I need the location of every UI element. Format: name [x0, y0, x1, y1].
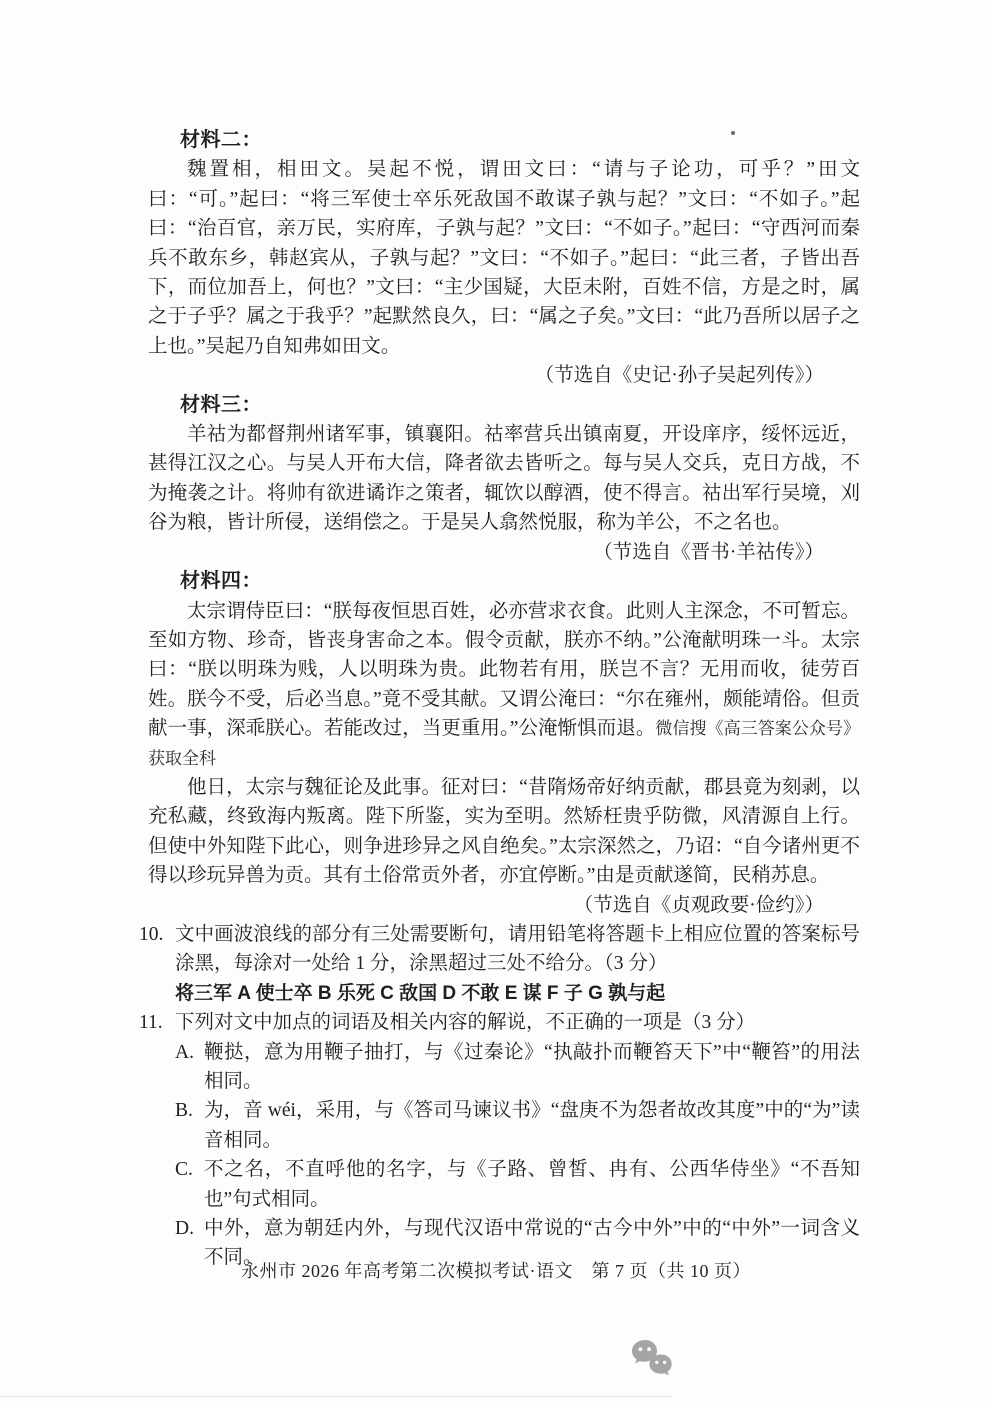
- question-10-number: 10.: [139, 920, 175, 1008]
- question-10: 10. 文中画波浪线的部分有三处需要断句，请用铅笔将答题卡上相应位置的答案标号涂…: [139, 920, 860, 1008]
- material-4-heading: 材料四：: [148, 567, 860, 596]
- question-10-text: 文中画波浪线的部分有三处需要断句，请用铅笔将答题卡上相应位置的答案标号涂黑，每涂…: [175, 924, 860, 974]
- option-a: A. 鞭挞，意为用鞭子抽打，与《过秦论》“执敲扑而鞭笞天下”中“鞭笞”的用法相同…: [175, 1038, 860, 1097]
- option-c-text: 不之名，不直呼他的名字，与《子路、曾皙、冉有、公西华侍坐》“不吾知也”句式相同。: [204, 1155, 860, 1214]
- page-content: 材料二： 魏置相，相田文。吴起不悦，谓田文曰：“请与子论功，可乎？”田文曰：“可…: [148, 126, 860, 1273]
- material-3-paragraph: 羊祜为都督荆州诸军事，镇襄阳。祜率营兵出镇南夏，开设庠序，绥怀远近，甚得江汉之心…: [148, 420, 860, 538]
- material-3-heading: 材料三：: [148, 391, 860, 420]
- option-b-text: 为，音 wéi，采用，与《答司马谏议书》“盘庚不为怨者故改其度”中的“为”读音相…: [204, 1096, 860, 1155]
- material-4-source: （节选自《贞观政要·俭约》）: [148, 891, 860, 920]
- wechat-icon: [627, 1337, 677, 1385]
- question-10-answer-line: 将三军 A 使士卒 B 乐死 C 敌国 D 不敢 E 谋 F 子 G 孰与起: [175, 979, 860, 1008]
- question-11: 11. 下列对文中加点的词语及相关内容的解说，不正确的一项是（3 分） A. 鞭…: [139, 1008, 860, 1273]
- material-2-source: （节选自《史记·孙子吴起列传》）: [148, 361, 860, 390]
- material-2-paragraph: 魏置相，相田文。吴起不悦，谓田文曰：“请与子论功，可乎？”田文曰：“可。”起曰：…: [148, 155, 860, 361]
- material-3-source: （节选自《晋书·羊祜传》）: [148, 538, 860, 567]
- page-footer: 永州市 2026 年高考第二次模拟考试·语文 第 7 页（共 10 页）: [0, 1257, 992, 1283]
- option-c: C. 不之名，不直呼他的名字，与《子路、曾皙、冉有、公西华侍坐》“不吾知也”句式…: [175, 1155, 860, 1214]
- question-11-text: 下列对文中加点的词语及相关内容的解说，不正确的一项是（3 分）: [175, 1012, 755, 1033]
- question-11-body: 下列对文中加点的词语及相关内容的解说，不正确的一项是（3 分） A. 鞭挞，意为…: [175, 1008, 860, 1273]
- material-2-heading: 材料二：: [148, 126, 860, 155]
- option-c-label: C.: [175, 1155, 204, 1214]
- material-4-paragraph-1: 太宗谓侍臣曰：“朕每夜恒思百姓，必亦营求衣食。此则人主深念，不可暂忘。至如方物、…: [148, 597, 860, 773]
- material-2-section: 材料二： 魏置相，相田文。吴起不悦，谓田文曰：“请与子论功，可乎？”田文曰：“可…: [148, 126, 860, 391]
- option-a-text: 鞭挞，意为用鞭子抽打，与《过秦论》“执敲扑而鞭笞天下”中“鞭笞”的用法相同。: [204, 1038, 860, 1097]
- exam-paper-page: 材料二： 魏置相，相田文。吴起不悦，谓田文曰：“请与子论功，可乎？”田文曰：“可…: [0, 0, 992, 1402]
- scan-edge-line: [0, 1396, 672, 1397]
- option-a-label: A.: [175, 1038, 204, 1097]
- material-4-section: 材料四： 太宗谓侍臣曰：“朕每夜恒思百姓，必亦营求衣食。此则人主深念，不可暂忘。…: [148, 567, 860, 920]
- question-11-number: 11.: [139, 1008, 175, 1273]
- option-b: B. 为，音 wéi，采用，与《答司马谏议书》“盘庚不为怨者故改其度”中的“为”…: [175, 1096, 860, 1155]
- question-11-options: A. 鞭挞，意为用鞭子抽打，与《过秦论》“执敲扑而鞭笞天下”中“鞭笞”的用法相同…: [175, 1038, 860, 1273]
- material-3-section: 材料三： 羊祜为都督荆州诸军事，镇襄阳。祜率营兵出镇南夏，开设庠序，绥怀远近，甚…: [148, 391, 860, 567]
- option-b-label: B.: [175, 1096, 204, 1155]
- material-4-paragraph-2: 他日，太宗与魏征论及此事。征对曰：“昔隋炀帝好纳贡献，郡县竟为刻剥，以充私藏，终…: [148, 773, 860, 891]
- question-10-body: 文中画波浪线的部分有三处需要断句，请用铅笔将答题卡上相应位置的答案标号涂黑，每涂…: [175, 920, 860, 1008]
